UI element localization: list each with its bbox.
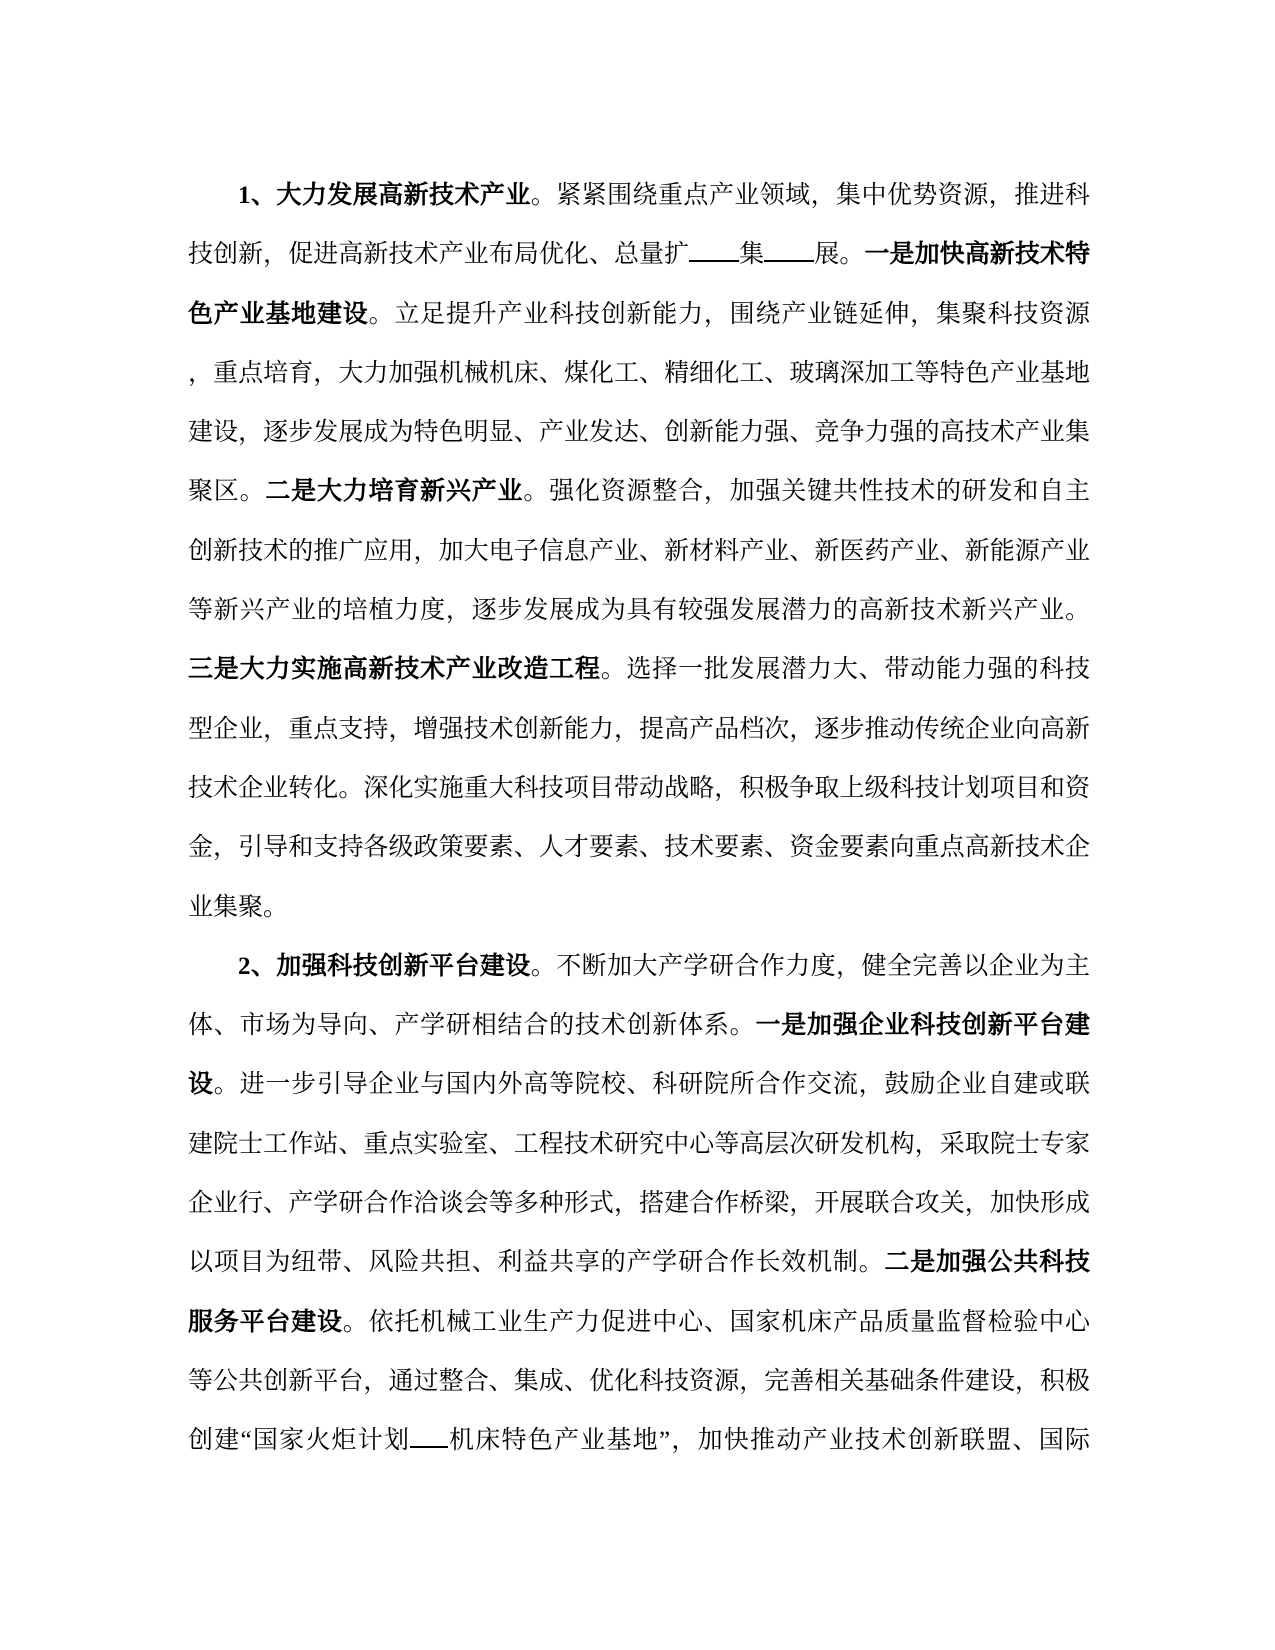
body-text: 创新技术的推广应用，加大电子信息产业、新材料产业、新医药产业、新能源产业: [188, 538, 1090, 565]
bold-text: 一是加快高新技术特: [865, 241, 1090, 268]
text-line: 金，引导和支持各级政策要素、人才要素、技术要素、资金要素向重点高新技术企: [188, 818, 1090, 877]
body-text: 。进一步引导企业与国内外高等院校、科研院所合作交流，鼓励企业自建或联: [214, 1071, 1090, 1098]
fill-in-blank: [764, 234, 814, 262]
text-line: 1、大力发展高新技术产业。紧紧围绕重点产业领域，集中优势资源，推进科: [188, 166, 1090, 225]
text-line: 聚区。二是大力培育新兴产业。强化资源整合，加强关键共性技术的研发和自主: [188, 462, 1090, 521]
body-text: 建设，逐步发展成为特色明显、产业发达、创新能力强、竞争力强的高技术产业集: [188, 419, 1090, 446]
body-text: 展。: [814, 241, 864, 268]
paragraph-1: 1、大力发展高新技术产业。紧紧围绕重点产业领域，集中优势资源，推进科技创新，促进…: [188, 166, 1090, 937]
text-line: 技创新，促进高新技术产业布局优化、总量扩集展。一是加快高新技术特: [188, 225, 1090, 284]
paragraph-2: 2、加强科技创新平台建设。不断加大产学研合作力度，健全完善以企业为主体、市场为导…: [188, 937, 1090, 1471]
body-text: 等新兴产业的培植力度，逐步发展成为具有较强发展潜力的高新技术新兴产业。: [188, 597, 1090, 624]
text-line: 企业行、产学研合作洽谈会等多种形式，搭建合作桥梁，开展联合攻关，加快形成: [188, 1174, 1090, 1233]
fill-in-blank: [410, 1420, 448, 1448]
bold-text: 色产业基地建设: [188, 301, 369, 328]
body-text: 型企业，重点支持，增强技术创新能力，提高产品档次，逐步推动传统企业向高新: [188, 716, 1090, 743]
text-line: 三是大力实施高新技术产业改造工程。选择一批发展潜力大、带动能力强的科技: [188, 640, 1090, 699]
body-text: 机床特色产业基地”，加快推动产业技术创新联盟、国际: [448, 1427, 1090, 1454]
body-text: 集: [739, 241, 764, 268]
text-line: 技术企业转化。深化实施重大科技项目带动战略，积极争取上级科技计划项目和资: [188, 759, 1090, 818]
text-line: 创建“国家火炬计划机床特色产业基地”，加快推动产业技术创新联盟、国际: [188, 1411, 1090, 1470]
text-line: 以项目为纽带、风险共担、利益共享的产学研合作长效机制。二是加强公共科技: [188, 1233, 1090, 1292]
text-block: 1、大力发展高新技术产业。紧紧围绕重点产业领域，集中优势资源，推进科技创新，促进…: [188, 166, 1090, 1471]
body-text: 。选择一批发展潜力大、带动能力强的科技: [601, 656, 1090, 683]
text-line: 服务平台建设。依托机械工业生产力促进中心、国家机床产品质量监督检验中心: [188, 1293, 1090, 1352]
body-text: ，重点培育，大力加强机械机床、煤化工、精细化工、玻璃深加工等特色产业基地: [188, 360, 1090, 387]
body-text: 技创新，促进高新技术产业布局优化、总量扩: [188, 241, 689, 268]
bold-text: 2、加强科技创新平台建设: [238, 953, 531, 980]
bold-text: 三是大力实施高新技术产业改造工程: [188, 656, 601, 683]
text-line: 型企业，重点支持，增强技术创新能力，提高产品档次，逐步推动传统企业向高新: [188, 700, 1090, 759]
body-text: 创建“国家火炬计划: [188, 1427, 410, 1454]
body-text: 业集聚。: [188, 894, 288, 921]
text-line: 2、加强科技创新平台建设。不断加大产学研合作力度，健全完善以企业为主: [188, 937, 1090, 996]
text-line: 等新兴产业的培植力度，逐步发展成为具有较强发展潜力的高新技术新兴产业。: [188, 581, 1090, 640]
body-text: 。不断加大产学研合作力度，健全完善以企业为主: [531, 953, 1090, 980]
text-line: 设。进一步引导企业与国内外高等院校、科研院所合作交流，鼓励企业自建或联: [188, 1055, 1090, 1114]
body-text: 体、市场为导向、产学研相结合的技术创新体系。: [188, 1012, 755, 1039]
body-text: 企业行、产学研合作洽谈会等多种形式，搭建合作桥梁，开展联合攻关，加快形成: [188, 1190, 1090, 1217]
fill-in-blank: [689, 234, 739, 262]
text-line: 建院士工作站、重点实验室、工程技术研究中心等高层次研发机构，采取院士专家: [188, 1115, 1090, 1174]
body-text: 。依托机械工业生产力促进中心、国家机床产品质量监督检验中心: [343, 1309, 1090, 1336]
body-text: 金，引导和支持各级政策要素、人才要素、技术要素、资金要素向重点高新技术企: [188, 834, 1090, 861]
bold-text: 二是大力培育新兴产业: [265, 478, 523, 505]
bold-text: 设: [188, 1071, 214, 1098]
body-text: 技术企业转化。深化实施重大科技项目带动战略，积极争取上级科技计划项目和资: [188, 775, 1090, 802]
text-line: 体、市场为导向、产学研相结合的技术创新体系。一是加强企业科技创新平台建: [188, 996, 1090, 1055]
text-line: 色产业基地建设。立足提升产业科技创新能力，围绕产业链延伸，集聚科技资源: [188, 285, 1090, 344]
document-page: 1、大力发展高新技术产业。紧紧围绕重点产业领域，集中优势资源，推进科技创新，促进…: [0, 0, 1275, 1650]
bold-text: 1、大力发展高新技术产业: [238, 182, 531, 209]
text-line: 业集聚。: [188, 878, 1090, 937]
body-text: 。强化资源整合，加强关键共性技术的研发和自主: [523, 478, 1090, 505]
body-text: 聚区。: [188, 478, 265, 505]
bold-text: 二是加强公共科技: [884, 1249, 1090, 1276]
body-text: 以项目为纽带、风险共担、利益共享的产学研合作长效机制。: [188, 1249, 884, 1276]
bold-text: 服务平台建设: [188, 1309, 343, 1336]
text-line: 建设，逐步发展成为特色明显、产业发达、创新能力强、竞争力强的高技术产业集: [188, 403, 1090, 462]
text-line: 等公共创新平台，通过整合、集成、优化科技资源，完善相关基础条件建设，积极: [188, 1352, 1090, 1411]
body-text: 。紧紧围绕重点产业领域，集中优势资源，推进科: [531, 182, 1090, 209]
body-text: 建院士工作站、重点实验室、工程技术研究中心等高层次研发机构，采取院士专家: [188, 1131, 1090, 1158]
text-line: ，重点培育，大力加强机械机床、煤化工、精细化工、玻璃深加工等特色产业基地: [188, 344, 1090, 403]
bold-text: 一是加强企业科技创新平台建: [755, 1012, 1090, 1039]
text-line: 创新技术的推广应用，加大电子信息产业、新材料产业、新医药产业、新能源产业: [188, 522, 1090, 581]
body-text: 等公共创新平台，通过整合、集成、优化科技资源，完善相关基础条件建设，积极: [188, 1368, 1090, 1395]
body-text: 。立足提升产业科技创新能力，围绕产业链延伸，集聚科技资源: [369, 301, 1090, 328]
